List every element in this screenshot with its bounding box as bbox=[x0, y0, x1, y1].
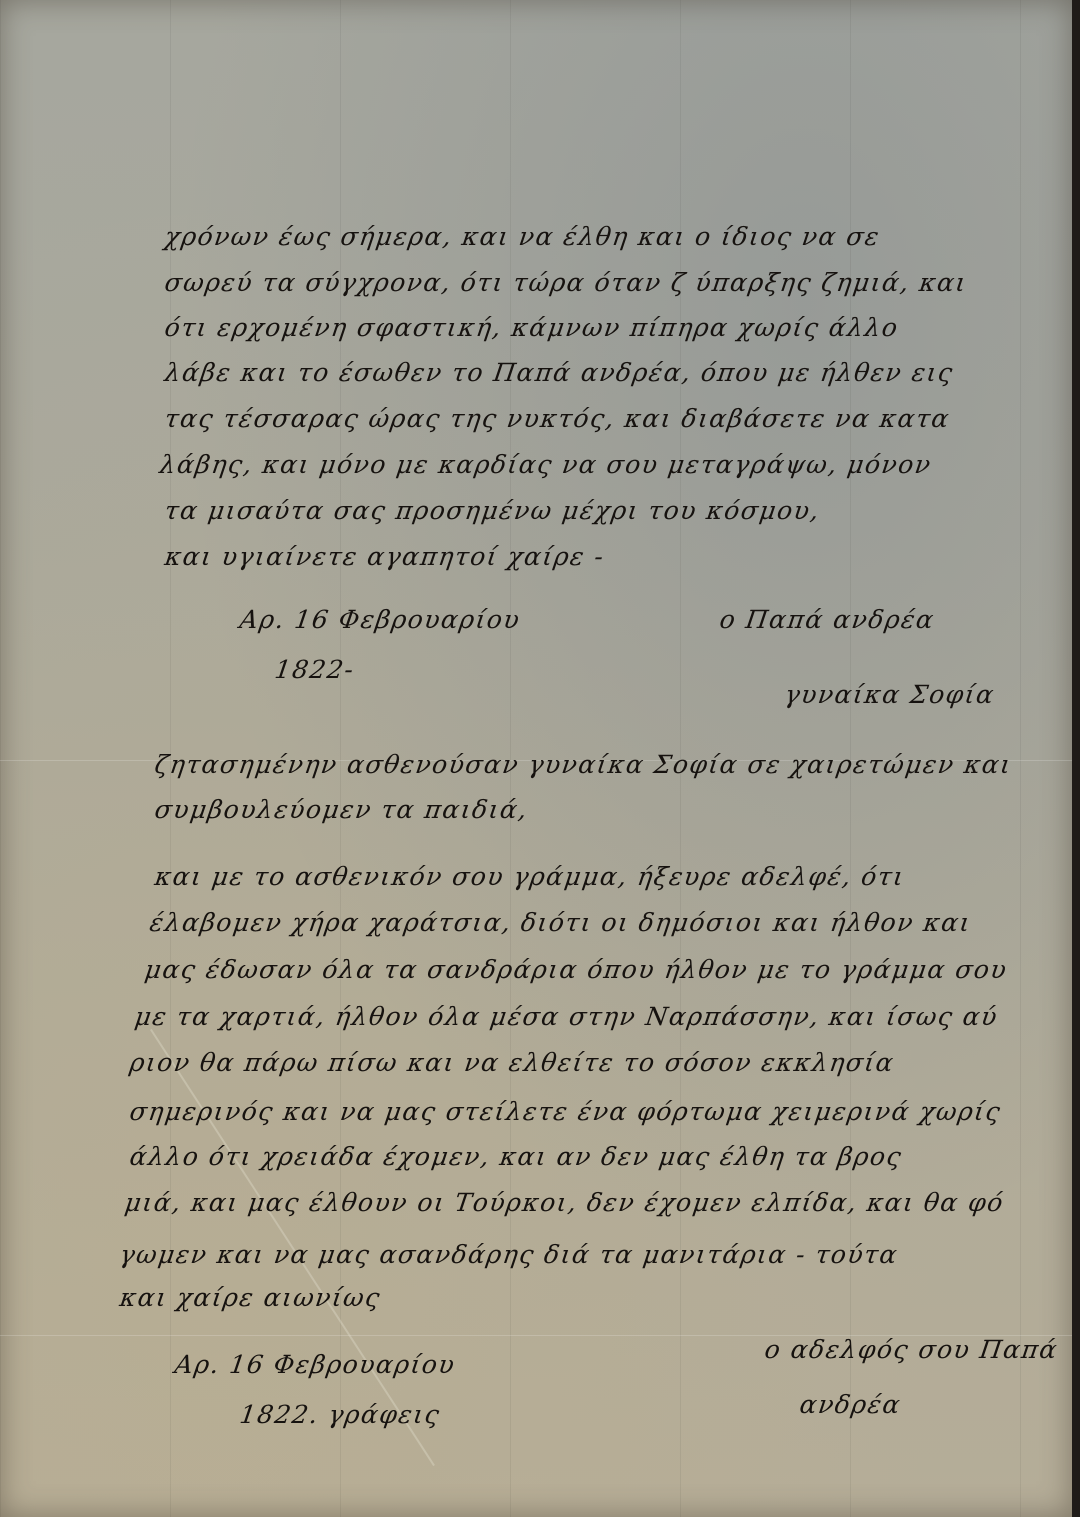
letter2-line: μας έδωσαν όλα τα σανδράρια όπου ήλθον μ… bbox=[143, 955, 1009, 984]
letter1-signature: ο Παπά ανδρέα bbox=[718, 605, 937, 634]
manuscript-page: χρόνων έως σήμερα, και να έλθη και ο ίδι… bbox=[0, 0, 1072, 1517]
letter1-line: ότι ερχομένη σφαστική, κάμνων πίπηρα χωρ… bbox=[163, 313, 901, 342]
letter2-line: ριον θα πάρω πίσω και να ελθείτε το σόσο… bbox=[128, 1048, 896, 1077]
letter1-line: και υγιαίνετε αγαπητοί χαίρε - bbox=[163, 542, 607, 571]
letter2-line: συμβουλεύομεν τα παιδιά, bbox=[153, 795, 530, 824]
letter2-line: γωμεν και να μας ασανδάρης διά τα μανιτά… bbox=[118, 1240, 900, 1269]
letter2-line: και χαίρε αιωνίως bbox=[118, 1283, 383, 1312]
letter2-line: και με το ασθενικόν σου γράμμα, ήξευρε α… bbox=[153, 862, 907, 891]
letter1-signature-2: γυναίκα Σοφία bbox=[783, 680, 997, 709]
letter2-line: μιά, και μας έλθουν οι Τούρκοι, δεν έχομ… bbox=[123, 1188, 1006, 1217]
letter2-year: 1822. γράφεις bbox=[238, 1400, 442, 1429]
letter2-line: άλλο ότι χρειάδα έχομεν, και αν δεν μας … bbox=[128, 1142, 904, 1171]
letter1-line: λάβης, και μόνο με καρδίας να σου μεταγρ… bbox=[158, 450, 934, 479]
letter2-line: με τα χαρτιά, ήλθον όλα μέσα στην Ναρπάσ… bbox=[133, 1002, 1000, 1031]
letter1-line: λάβε και το έσωθεν το Παπά ανδρέα, όπου … bbox=[163, 358, 956, 387]
letter2-line: σημερινός και να μας στείλετε ένα φόρτωμ… bbox=[128, 1097, 1003, 1126]
letter1-line: χρόνων έως σήμερα, και να έλθη και ο ίδι… bbox=[163, 222, 882, 251]
letter2-line: έλαβομεν χήρα χαράτσια, διότι οι δημόσιο… bbox=[148, 908, 973, 937]
letter2-date: Αρ. 16 Φεβρουαρίου bbox=[173, 1350, 457, 1379]
letter1-line: σωρεύ τα σύγχρονα, ότι τώρα όταν ζ ύπαρξ… bbox=[163, 268, 969, 297]
page-edge bbox=[1072, 0, 1080, 1517]
letter2-signature-2: ανδρέα bbox=[798, 1390, 903, 1419]
letter1-line: τα μισαύτα σας προσημένω μέχρι του κόσμο… bbox=[163, 496, 822, 525]
letter1-year: 1822- bbox=[273, 655, 357, 684]
letter2-line: ζητασημένην ασθενούσαν γυναίκα Σοφία σε … bbox=[153, 750, 1014, 779]
letter1-date: Αρ. 16 Φεβρουαρίου bbox=[238, 605, 522, 634]
letter2-signature: ο αδελφός σου Παπά bbox=[763, 1335, 1060, 1364]
letter1-line: τας τέσσαρας ώρας της νυκτός, και διαβάσ… bbox=[163, 404, 952, 433]
